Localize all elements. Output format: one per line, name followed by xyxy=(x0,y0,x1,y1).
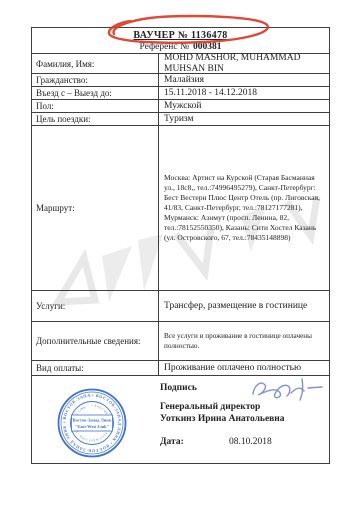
company-stamp-seal: • ВОСТОК-ЗАПАД ЛИНК • ВОСТОК-ЗАПАД ЛИНК … xyxy=(56,387,128,459)
row-name: Фамилия, Имя: MOHD MASHOR, MUHAMMAD MUHS… xyxy=(32,53,329,73)
payment-type-label: Вид оплаты: xyxy=(32,361,159,375)
entry-exit-label: Въезд с – Выезд до: xyxy=(32,87,159,99)
voucher-table: ВАУЧЕР № 1136478 Референс № 000381 Фамил… xyxy=(31,27,330,464)
services-value: Трансфер, размещение в гостинице xyxy=(159,291,329,321)
services-label: Услуги: xyxy=(32,291,159,321)
sex-value: Мужской xyxy=(159,100,329,112)
citizenship-label: Гражданство: xyxy=(32,74,159,86)
row-entry-exit-dates: Въезд с – Выезд до: 15.11.2018 - 14.12.2… xyxy=(32,86,329,99)
stamp-center-line1: "Восток-Запад Линк" xyxy=(70,417,114,422)
entry-exit-value: 15.11.2018 - 14.12.2018 xyxy=(159,87,329,99)
voucher-page: ВАУЧЕР № 1136478 Референс № 000381 Фамил… xyxy=(0,0,362,512)
additional-info-value: Все услуги и проживание в гостинице опла… xyxy=(164,331,324,351)
row-additional-info: Дополнительные сведения: Все услуги и пр… xyxy=(32,321,329,360)
row-itinerary: Маршрут: Москва: Артист на Курской (Стар… xyxy=(32,125,329,290)
red-circle-annotation xyxy=(100,13,278,46)
row-payment-type: Вид оплаты: Проживание оплачено полность… xyxy=(32,360,329,375)
citizenship-value: Малайзия xyxy=(159,74,329,86)
date-label: Дата: xyxy=(160,437,229,447)
signature-label: Подпись xyxy=(160,383,197,395)
director-block: Генеральный директор Уоткинз Ирина Анато… xyxy=(160,402,285,425)
trip-purpose-label: Цель поездки: xyxy=(32,113,159,125)
name-label: Фамилия, Имя: xyxy=(32,54,159,73)
row-citizenship: Гражданство: Малайзия xyxy=(32,73,329,86)
director-name: Уоткинз Ирина Анатольевна xyxy=(160,414,285,426)
director-title: Генеральный директор xyxy=(160,402,285,414)
name-value: MOHD MASHOR, MUHAMMAD MUHSAN BIN xyxy=(164,53,314,74)
signature-block: • ВОСТОК-ЗАПАД ЛИНК • ВОСТОК-ЗАПАД ЛИНК … xyxy=(32,376,329,463)
stamp-center-line2: "East-West Link" xyxy=(75,424,109,429)
sex-label: Пол: xyxy=(32,100,159,112)
itinerary-label: Маршрут: xyxy=(32,126,159,290)
trip-purpose-value: Туризм xyxy=(159,113,329,125)
itinerary-value: Москва: Артист на Курской (Старая Басман… xyxy=(159,126,329,290)
additional-info-label: Дополнительные сведения: xyxy=(32,322,159,360)
row-services: Услуги: Трансфер, размещение в гостинице xyxy=(32,290,329,321)
handwritten-signature xyxy=(246,377,328,403)
row-signature-block: • ВОСТОК-ЗАПАД ЛИНК • ВОСТОК-ЗАПАД ЛИНК … xyxy=(32,375,329,463)
date-line: Дата: 08.10.2018 xyxy=(160,437,272,447)
date-value: 08.10.2018 xyxy=(229,437,272,447)
row-trip-purpose: Цель поездки: Туризм xyxy=(32,112,329,125)
payment-type-value: Проживание оплачено полностью xyxy=(159,361,329,375)
row-sex: Пол: Мужской xyxy=(32,99,329,112)
